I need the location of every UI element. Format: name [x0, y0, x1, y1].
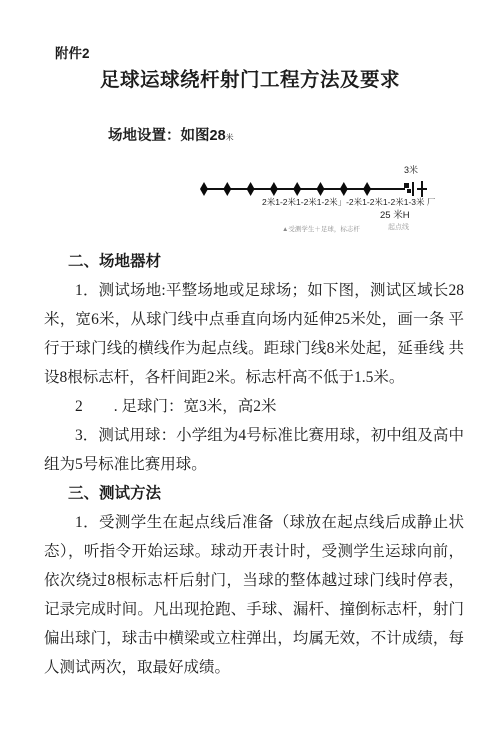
course-diagram: 3米 2米1-2米1-2米1-2米」-2米1-2米1-2米1-3米 厂 25 米…	[0, 160, 500, 248]
start-line-label: 起点线	[388, 222, 409, 232]
goal-post-mark	[412, 182, 414, 196]
document-page: { "page": { "attachment_label": "附件2", "…	[0, 0, 500, 734]
field-setup-line: 场地设置：如图28米	[108, 124, 234, 145]
field-setup-text: 场地设置：如图28	[108, 128, 226, 144]
marker-pole-diamond	[293, 182, 301, 196]
diagram-legend: ▲受测学生＋足球，标志杆	[282, 224, 360, 233]
goal-cross-mark-horizontal	[417, 188, 427, 190]
field-setup-unit: 米	[226, 133, 234, 142]
paragraph-test-field: 1．测试场地:平整场地或足球场；如下图，测试区域长28 米，宽6米，从球门线中点…	[44, 276, 464, 392]
marker-pole-diamond	[223, 182, 231, 196]
goal-marker-square	[404, 183, 409, 188]
page-title: 足球运球绕杆射门工程方法及要求	[0, 64, 500, 92]
paragraph-goal-size: 2 . 足球门：宽3米，高2米	[44, 392, 464, 421]
section-heading-equipment: 二、场地器材	[44, 247, 464, 276]
course-line	[202, 188, 405, 190]
marker-pole-diamond	[200, 182, 208, 196]
paragraph-test-method: 1．受测学生在起点线后准备（球放在起点线后成静止状态），听指令开始运球。球动开表…	[44, 508, 464, 682]
paragraph-test-ball: 3．测试用球：小学组为4号标准比赛用球，初中组及高中组为5号标准比赛用球。	[44, 421, 464, 479]
goal-width-label: 3米	[404, 163, 418, 176]
attachment-label: 附件2	[55, 42, 90, 62]
marker-pole-diamond	[363, 182, 371, 196]
distance-label: 25 米H	[380, 207, 410, 221]
goal-marker-square	[407, 189, 411, 193]
section-heading-method: 三、测试方法	[44, 479, 464, 508]
marker-pole-diamond	[317, 182, 325, 196]
marker-pole-diamond	[247, 182, 255, 196]
document-body: 二、场地器材 1．测试场地:平整场地或足球场；如下图，测试区域长28 米，宽6米…	[44, 247, 464, 682]
marker-pole-diamond	[270, 182, 278, 196]
marker-pole-diamond	[340, 182, 348, 196]
